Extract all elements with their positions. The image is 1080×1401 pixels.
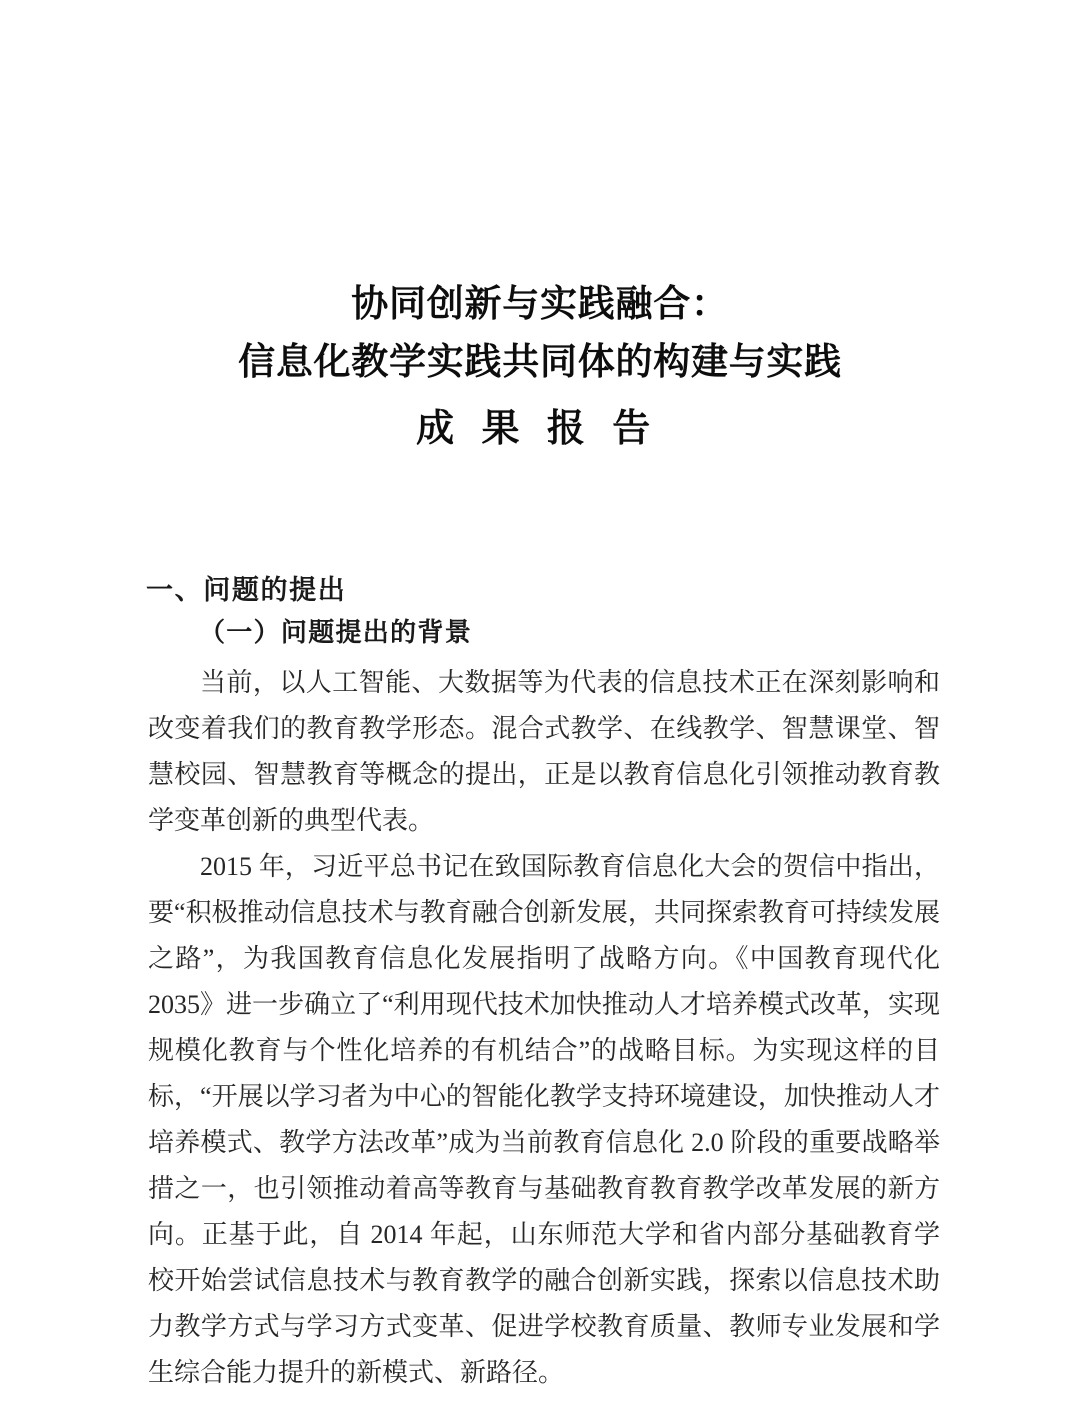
document-page: 协同创新与实践融合： 信息化教学实践共同体的构建与实践 成果报告 一、问题的提出… <box>0 0 1080 1401</box>
body-text: 当前，以人工智能、大数据等为代表的信息技术正在深刻影响和改变着我们的教育教学形态… <box>148 660 940 1396</box>
paragraph-2: 2015 年，习近平总书记在致国际教育信息化大会的贺信中指出，要“积极推动信息技… <box>148 844 940 1396</box>
title-line-1: 协同创新与实践融合： <box>0 276 1080 334</box>
section-heading: 一、问题的提出 <box>146 574 346 606</box>
title-line-2: 信息化教学实践共同体的构建与实践 <box>0 334 1080 392</box>
paragraph-1: 当前，以人工智能、大数据等为代表的信息技术正在深刻影响和改变着我们的教育教学形态… <box>148 660 940 844</box>
document-title: 协同创新与实践融合： 信息化教学实践共同体的构建与实践 成果报告 <box>0 276 1080 458</box>
subsection-heading: （一）问题提出的背景 <box>199 616 472 650</box>
title-line-3: 成果报告 <box>0 400 1080 458</box>
